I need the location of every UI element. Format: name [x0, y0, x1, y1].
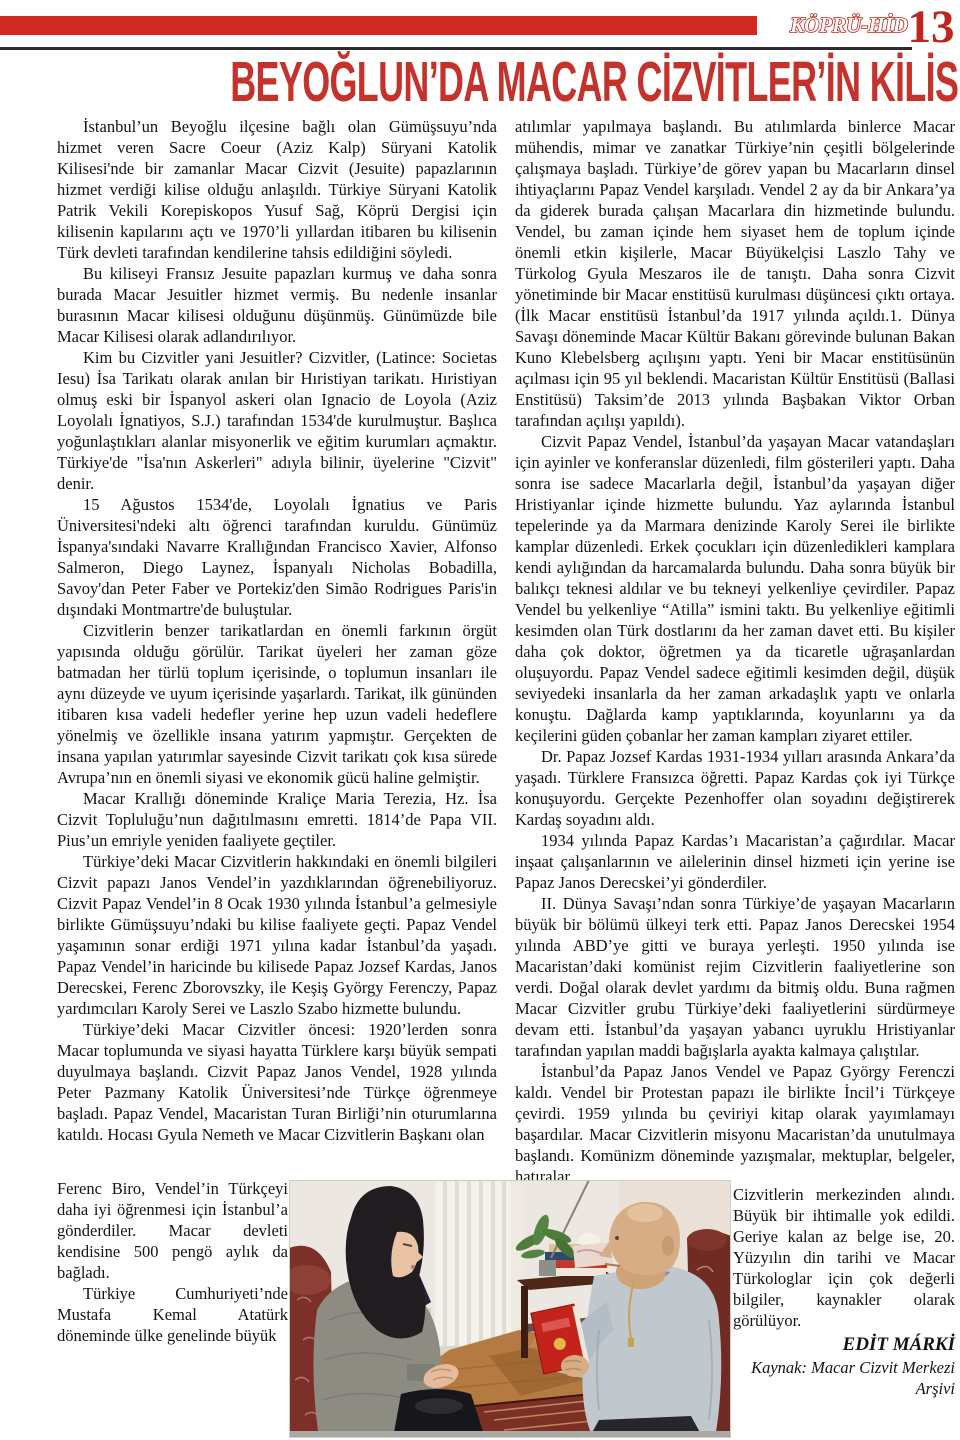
article-title: BEYOĞLUN’DA MACAR CİZVİTLER’İN KİLİSESİ: [0, 54, 960, 111]
paragraph: Bu kiliseyi Fransız Jesuite papazları ku…: [57, 263, 497, 347]
paragraph: İstanbul’da Papaz Janos Vendel ve Papaz …: [515, 1061, 955, 1182]
left-column-narrow: Ferenc Biro, Vendel’in Türkçeyi daha iyi…: [57, 1178, 288, 1346]
paragraph: Türkiye Cumhuriyeti’nde Mustafa Kemal At…: [57, 1283, 288, 1346]
article-title-text: BEYOĞLUN’DA MACAR CİZVİTLER’İN KİLİSESİ: [230, 54, 960, 111]
paragraph: 1934 yılında Papaz Kardas’ı Macaristan’a…: [515, 830, 955, 893]
paragraph: Macar Krallığı döneminde Kraliçe Maria T…: [57, 788, 497, 851]
paragraph: 15 Ağustos 1534'de, Loyolalı İgnatius ve…: [57, 494, 497, 620]
left-column: İstanbul’un Beyoğlu ilçesine bağlı olan …: [57, 116, 497, 1178]
interview-photo-scene: [289, 1180, 731, 1438]
paragraph: Kim bu Cizvitler yani Jesuitler? Cizvitl…: [57, 347, 497, 494]
right-column: atılımlar yapılmaya başlandı. Bu atılıml…: [515, 116, 955, 1182]
paragraph: Türkiye’deki Macar Cizvitlerin hakkındak…: [57, 851, 497, 1019]
paragraph: Cizvit Papaz Vendel, İstanbul’da yaşayan…: [515, 431, 955, 746]
paragraph: II. Dünya Savaşı’ndan sonra Türkiye’de y…: [515, 893, 955, 1061]
paragraph: atılımlar yapılmaya başlandı. Bu atılıml…: [515, 116, 955, 431]
paragraph: Cizvitlerin benzer tarikatlardan en önem…: [57, 620, 497, 788]
page-number: 13: [906, 2, 956, 52]
paragraph: Dr. Papaz Jozsef Kardas 1931-1934 yıllar…: [515, 746, 955, 830]
byline: EDİT MÁRKİ: [733, 1334, 955, 1355]
magazine-page: KÖPRÜ-HİD 13 BEYOĞLUN’DA MACAR CİZVİTLER…: [0, 0, 960, 1440]
paragraph: Türkiye’deki Macar Cizvitler öncesi: 192…: [57, 1019, 497, 1145]
header-red-bar: [0, 16, 757, 35]
right-column-narrow: Cizvitlerin merkezinden alındı. Büyük bi…: [733, 1184, 955, 1399]
magazine-logo-text: KÖPRÜ-HİD: [789, 13, 908, 37]
source-credit: Kaynak: Macar Cizvit Merkezi Arşivi: [733, 1357, 955, 1399]
interview-photo: [289, 1180, 731, 1438]
magazine-logo: KÖPRÜ-HİD: [788, 8, 910, 42]
paragraph: Cizvitlerin merkezinden alındı. Büyük bi…: [733, 1184, 955, 1331]
paragraph: İstanbul’un Beyoğlu ilçesine bağlı olan …: [57, 116, 497, 263]
paragraph: Ferenc Biro, Vendel’in Türkçeyi daha iyi…: [57, 1178, 288, 1283]
